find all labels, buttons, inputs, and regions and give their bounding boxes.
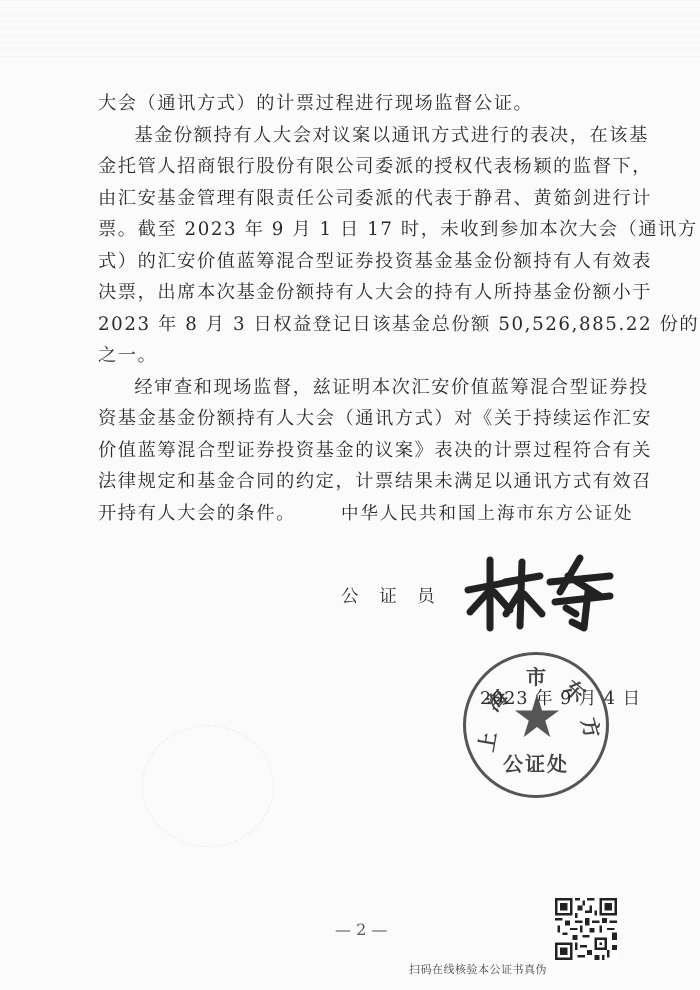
text-line: 经审查和现场监督，兹证明本次汇安价值蓝筹混合型证券投 xyxy=(98,372,618,404)
notary-label-char: 员 xyxy=(417,587,435,607)
notary-label-char: 公 xyxy=(341,587,359,607)
text-line: 由汇安基金管理有限责任公司委派的代表于静君、黄筎剑进行计 xyxy=(98,183,618,215)
notary-label-char: 证 xyxy=(379,587,397,607)
document-body: 大会（通讯方式）的计票过程进行现场监督公证。 基金份额持有人大会对议案以通讯方式… xyxy=(98,88,618,529)
handwritten-signature xyxy=(460,552,620,632)
issuer-name: 中华人民共和国上海市东方公证处 xyxy=(341,500,634,525)
text-line: 大会（通讯方式）的计票过程进行现场监督公证。 xyxy=(98,88,618,120)
seal-char: 方 xyxy=(575,714,608,741)
seal-bottom-text: 公证处 xyxy=(466,748,606,777)
page-number: — 2 — xyxy=(335,920,387,939)
scan-artifact xyxy=(0,0,700,60)
text-line: 基金份额持有人大会对议案以通讯方式进行的表决，在该基 xyxy=(98,120,618,152)
text-line: 资基金基金份额持有人大会（通讯方式）对《关于持续运作汇安 xyxy=(98,403,618,435)
text-line: 法律规定和基金合同的约定，计票结果未满足以通讯方式有效召 xyxy=(98,466,618,498)
official-seal: 上 海 市 东 方 公证处 xyxy=(463,652,609,798)
text-line: 决票，出席本次基金份额持有人大会的持有人所持基金份额小于 xyxy=(98,277,618,309)
text-line: 价值蓝筹混合型证券投资基金的议案》表决的计票过程符合有关 xyxy=(98,435,618,467)
text-line: 金托管人招商银行股份有限公司委派的授权代表杨颖的监督下， xyxy=(98,151,618,183)
paragraph-2: 基金份额持有人大会对议案以通讯方式进行的表决，在该基 金托管人招商银行股份有限公… xyxy=(98,120,618,372)
qr-code[interactable] xyxy=(555,898,617,960)
faint-seal-imprint xyxy=(142,725,274,847)
text-line: 式）的汇安价值蓝筹混合型证券投资基金基金份额持有人有效表 xyxy=(98,246,618,278)
text-line: 之一。 xyxy=(98,340,618,372)
paragraph-1: 大会（通讯方式）的计票过程进行现场监督公证。 xyxy=(98,88,618,120)
qr-caption: 扫码在线核验本公证书真伪 xyxy=(409,961,547,977)
text-line: 2023 年 8 月 3 日权益登记日该基金总份额 50,526,885.22 … xyxy=(98,309,618,341)
text-line: 票。截至 2023 年 9 月 1 日 17 时，未收到参加本次大会（通讯方 xyxy=(98,214,618,246)
document-date: 2023 年 9 月 4 日 xyxy=(480,685,641,710)
notary-label: 公 证 员 xyxy=(341,583,450,608)
